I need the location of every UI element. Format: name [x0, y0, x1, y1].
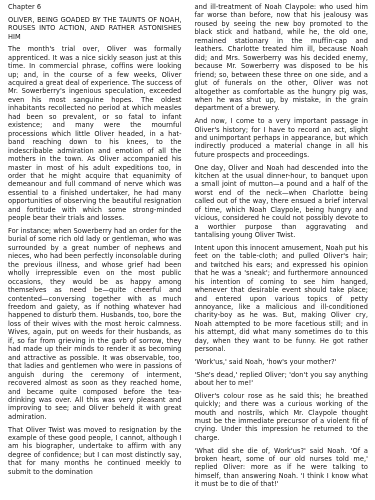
paragraph: One day, Oliver and Noah had descended i… — [195, 164, 369, 240]
paragraph: 'She's dead,' replied Oliver; 'don't you… — [195, 371, 369, 388]
document-page: Chapter 6 OLIVER, BEING GOADED BY THE TA… — [0, 0, 375, 500]
left-column: Chapter 6 OLIVER, BEING GOADED BY THE TA… — [8, 3, 182, 498]
paragraph: 'What did she die of, Work'us?' said Noa… — [195, 447, 369, 489]
paragraph: That Oliver Twist was moved to resignati… — [8, 426, 182, 477]
paragraph: And now, I come to a very important pass… — [195, 117, 369, 159]
paragraph: and ill-treatment of Noah Claypole: who … — [195, 3, 369, 113]
paragraph: Intent upon this innocent amusement, Noa… — [195, 244, 369, 354]
paragraph: Oliver's colour rose as he said this; he… — [195, 392, 369, 443]
chapter-title: OLIVER, BEING GOADED BY THE TAUNTS OF NO… — [8, 16, 182, 41]
paragraph: The month's trial over, Oliver was forma… — [8, 45, 182, 223]
right-column: and ill-treatment of Noah Claypole: who … — [195, 3, 369, 498]
paragraph: For instance; when Sowerberry had an ord… — [8, 227, 182, 421]
chapter-number: Chapter 6 — [8, 3, 182, 11]
paragraph: 'Work'us,' said Noah, 'how's your mother… — [195, 358, 369, 366]
